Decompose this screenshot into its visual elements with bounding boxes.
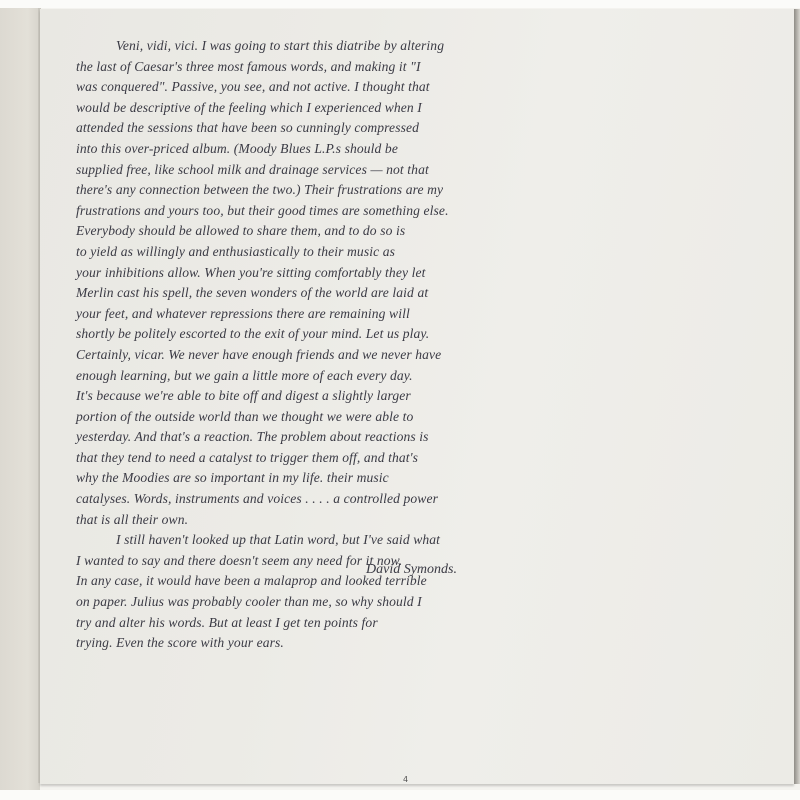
text-line: attended the sessions that have been so …: [76, 118, 488, 139]
background-top: [0, 0, 800, 8]
text-line: trying. Even the score with your ears.: [76, 633, 488, 654]
paragraph-2: I still haven't looked up that Latin wor…: [76, 530, 488, 654]
text-line: your feet, and whatever repressions ther…: [76, 304, 488, 325]
text-line: there's any connection between the two.)…: [76, 180, 488, 201]
page-number: 4: [403, 775, 408, 784]
text-line: to yield as willingly and enthusiastical…: [76, 242, 488, 263]
text-line: into this over-priced album. (Moody Blue…: [76, 139, 488, 160]
text-line: that they tend to need a catalyst to tri…: [76, 448, 488, 469]
text-line: enough learning, but we gain a little mo…: [76, 366, 488, 387]
text-line: that is all their own.: [76, 510, 488, 531]
signature: David Symonds.: [366, 562, 457, 578]
text-line: try and alter his words. But at least I …: [76, 613, 488, 634]
paragraph-1: Veni, vidi, vici. I was going to start t…: [76, 36, 488, 530]
text-line: Everybody should be allowed to share the…: [76, 221, 488, 242]
text-line: your inhibitions allow. When you're sitt…: [76, 263, 488, 284]
text-line: why the Moodies are so important in my l…: [76, 468, 488, 489]
text-line: would be descriptive of the feeling whic…: [76, 98, 488, 119]
text-line: portion of the outside world than we tho…: [76, 407, 488, 428]
text-line: It's because we're able to bite off and …: [76, 386, 488, 407]
text-line: Certainly, vicar. We never have enough f…: [76, 345, 488, 366]
text-line: shortly be politely escorted to the exit…: [76, 324, 488, 345]
text-line: catalyses. Words, instruments and voices…: [76, 489, 488, 510]
text-line: I still haven't looked up that Latin wor…: [76, 530, 488, 551]
text-line: Merlin cast his spell, the seven wonders…: [76, 283, 488, 304]
page-right-edge: [794, 9, 800, 784]
text-line: yesterday. And that's a reaction. The pr…: [76, 427, 488, 448]
text-line: frustrations and yours too, but their go…: [76, 201, 488, 222]
text-line: supplied free, like school milk and drai…: [76, 160, 488, 181]
background-bottom: [0, 790, 800, 800]
underlying-page-edge: [0, 8, 40, 790]
text-line: Veni, vidi, vici. I was going to start t…: [76, 36, 488, 57]
text-line: the last of Caesar's three most famous w…: [76, 57, 488, 78]
text-line: on paper. Julius was probably cooler tha…: [76, 592, 488, 613]
text-line: was conquered". Passive, you see, and no…: [76, 77, 488, 98]
